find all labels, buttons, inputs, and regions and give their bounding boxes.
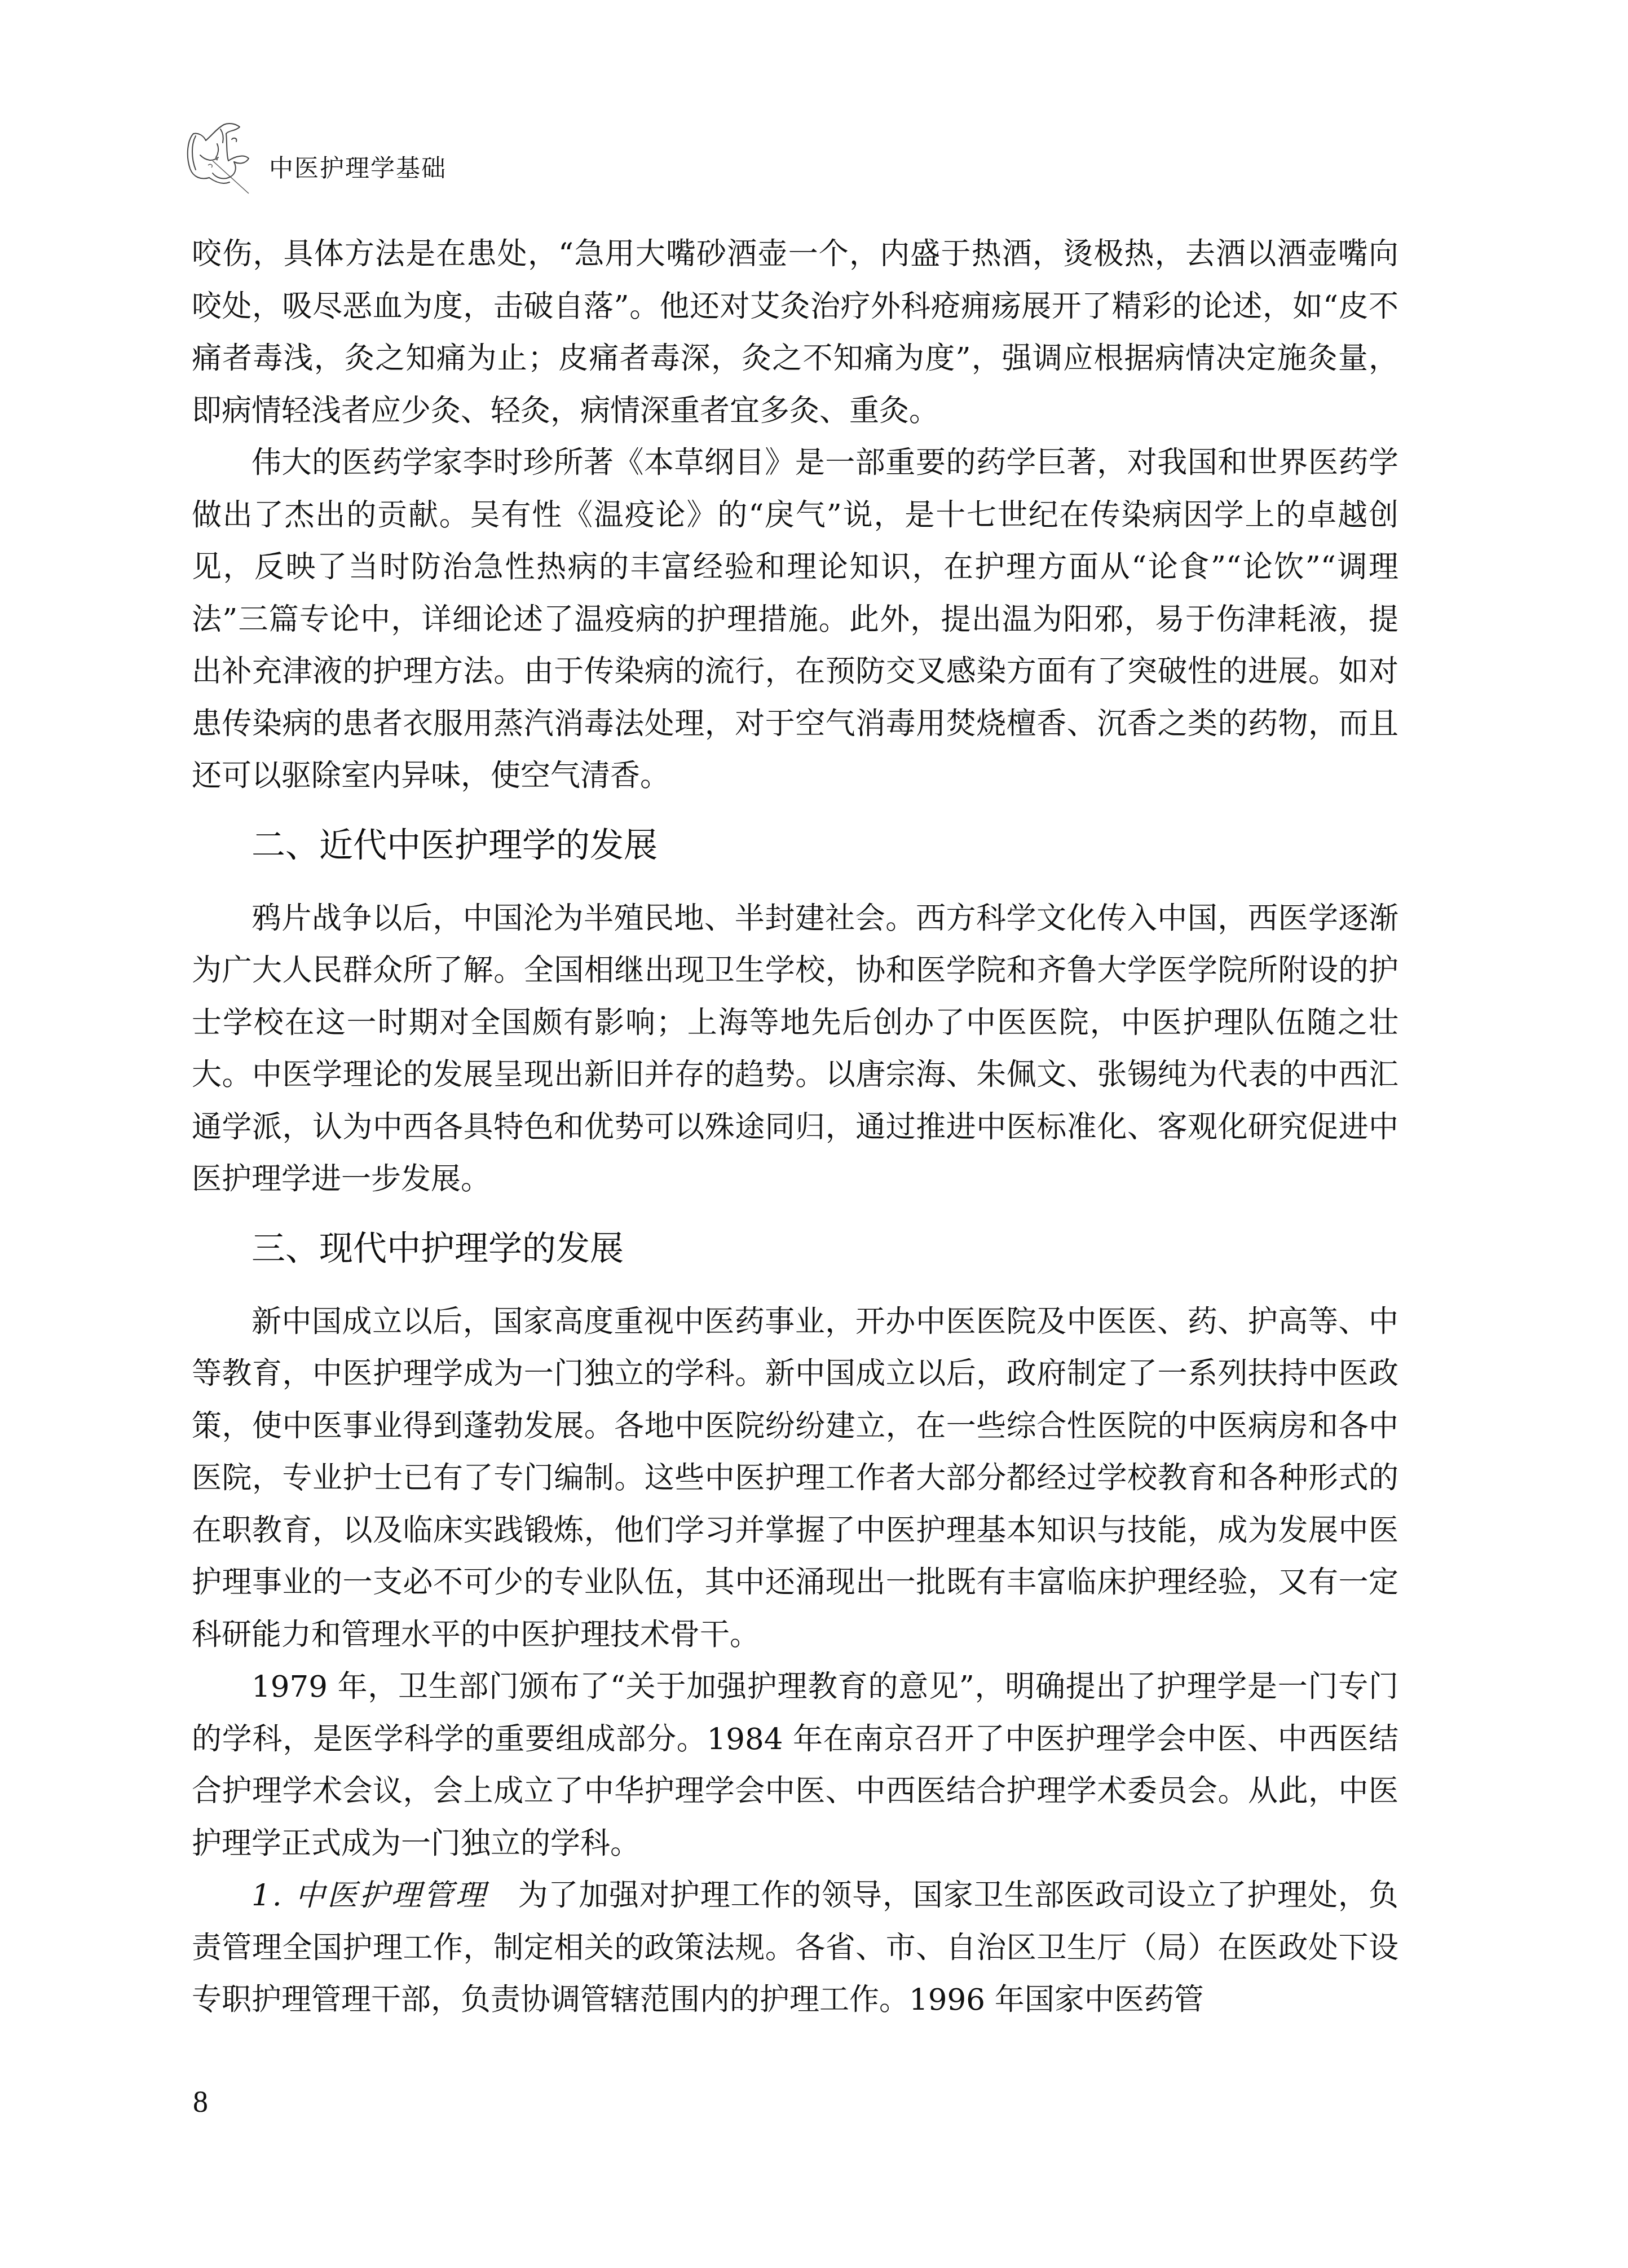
page-number: 8 [193,2084,208,2119]
book-page: 中医护理学基础 咬伤，具体方法是在患处，“急用大嘴砂酒壶一个，内盛于热酒，烫极热… [0,0,1628,2268]
paragraph: 新中国成立以后，国家高度重视中医药事业，开办中医医院及中医医、药、护高等、中等教… [192,1296,1398,1662]
body-text: 咬伤，具体方法是在患处，“急用大嘴砂酒壶一个，内盛于热酒，烫极热，去酒以酒壶嘴向… [192,228,1398,2027]
numbered-item-label: 1. 中医护理管理 [252,1878,488,1913]
numbered-paragraph: 1. 中医护理管理 为了加强对护理工作的领导，国家卫生部医政司设立了护理处，负责… [192,1870,1398,2027]
section-heading: 二、近代中医护理学的发展 [192,823,1398,868]
spacer [488,1878,518,1913]
book-title: 中医护理学基础 [269,149,447,184]
section-heading: 三、现代中护理学的发展 [192,1226,1398,1271]
paragraph: 鸦片战争以后，中国沦为半殖民地、半封建社会。西方科学文化传入中国，西医学逐渐为广… [192,893,1398,1206]
paragraph: 咬伤，具体方法是在患处，“急用大嘴砂酒壶一个，内盛于热酒，烫极热，去酒以酒壶嘴向… [192,228,1398,437]
paragraph: 1979 年，卫生部门颁布了“关于加强护理教育的意见”，明确提出了护理学是一门专… [192,1661,1398,1870]
paragraph: 伟大的医药学家李时珍所著《本草纲目》是一部重要的药学巨著，对我国和世界医药学做出… [192,437,1398,803]
hand-logo-icon [183,121,262,195]
running-header: 中医护理学基础 [183,121,447,195]
